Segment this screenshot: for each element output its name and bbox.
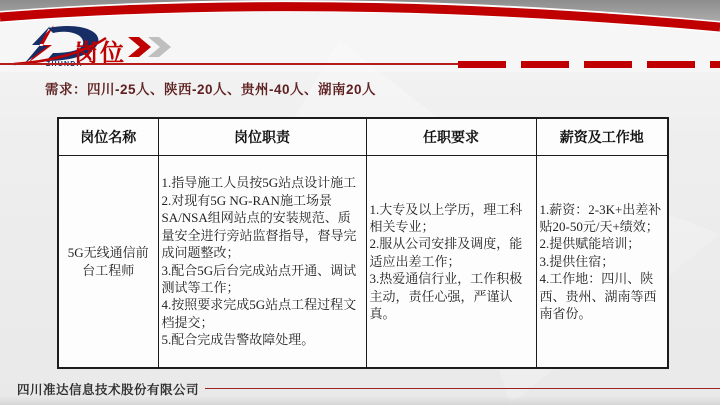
- header-dashed-line: [458, 61, 720, 68]
- chevron-right-icon-gray: [148, 37, 171, 57]
- bottom-shade: [0, 396, 720, 405]
- list-item: 3.提供住宿；: [540, 253, 665, 270]
- list-item: 4.工作地：四川、陕西、贵州、湖南等西南省份。: [540, 270, 665, 322]
- cell-requirements: 1.大专及以上学历，理工科相关专业；2.服从公司安排及调度，能适应出差工作；3.…: [366, 156, 536, 369]
- list-item: 2.提供赋能培训；: [540, 235, 665, 252]
- list-item: 1.薪资：2-3K+出差补贴20-50元/天+绩效；: [540, 201, 665, 236]
- list-item: 3.热爱通信行业，工作积极主动，责任心强，严谨认真。: [370, 270, 533, 322]
- column-header-position-name: 岗位名称: [58, 118, 158, 156]
- table-row: 5G无线通信前台工程师 1.指导施工人员按5G站点设计施工2.对现有5G NG-…: [58, 156, 668, 369]
- demand-statement: 需求：四川-25人、陕西-20人、贵州-40人、湖南20人: [45, 78, 376, 98]
- list-item: 4.按照要求完成5G站点工程过程文档提交；: [162, 296, 363, 331]
- list-item: 5.配合完成告警故障处理。: [162, 331, 363, 348]
- slide: ZHUNDA 岗位 需求：四川-25人、陕西-20人、贵州-40人、湖南20人 …: [0, 0, 720, 405]
- column-header-requirements: 任职要求: [366, 118, 536, 156]
- list-item: 2.服从公司安排及调度，能适应出差工作；: [370, 235, 533, 270]
- footer-divider-line: [205, 388, 720, 389]
- list-item: 1.指导施工人员按5G站点设计施工: [162, 174, 363, 191]
- header-divider-line: [0, 63, 460, 65]
- list-item: 2.对现有5G NG-RAN施工场景SA/NSA组网站点的安装规范、质量安全进行…: [162, 192, 363, 262]
- job-table: 岗位名称 岗位职责 任职要求 薪资及工作地 5G无线通信前台工程师 1.指导施工…: [57, 117, 669, 369]
- cell-salary-location: 1.薪资：2-3K+出差补贴20-50元/天+绩效；2.提供赋能培训；3.提供住…: [536, 156, 668, 369]
- chevron-right-icon: [128, 37, 174, 57]
- column-header-duties: 岗位职责: [158, 118, 366, 156]
- chevron-right-icon-red: [128, 37, 151, 57]
- cell-duties: 1.指导施工人员按5G站点设计施工2.对现有5G NG-RAN施工场景SA/NS…: [158, 156, 366, 369]
- list-item: 1.大专及以上学历，理工科相关专业；: [370, 201, 533, 236]
- list-item: 3.配合5G后台完成站点开通、调试测试等工作；: [162, 262, 363, 297]
- column-header-salary-location: 薪资及工作地: [536, 118, 668, 156]
- cell-position-name: 5G无线通信前台工程师: [58, 156, 158, 369]
- table-header-row: 岗位名称 岗位职责 任职要求 薪资及工作地: [58, 118, 668, 156]
